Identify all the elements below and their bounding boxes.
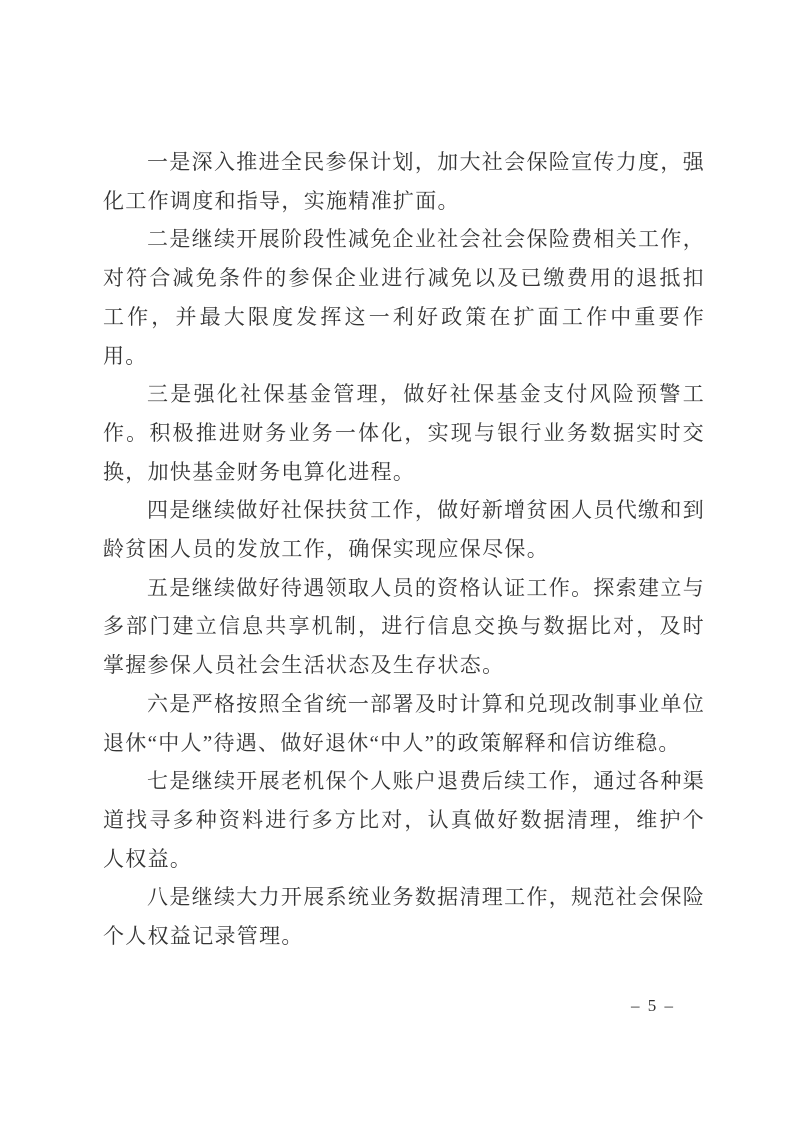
page-number: – 5 – [631,996,675,1016]
document-body-text: 一是深入推进全民参保计划，加大社会保险宣传力度，强化工作调度和指导，实施精准扩面… [103,143,705,956]
paragraph-7: 七是继续开展老机保个人账户退费后续工作，通过各种渠道找寻多种资料进行多方比对，认… [103,762,705,878]
document-page: 一是深入推进全民参保计划，加大社会保险宣传力度，强化工作调度和指导，实施精准扩面… [0,0,793,1122]
paragraph-3: 三是强化社保基金管理，做好社保基金支付风险预警工作。积极推进财务业务一体化，实现… [103,375,705,491]
paragraph-6: 六是严格按照全省统一部署及时计算和兑现改制事业单位退休“中人”待遇、做好退休“中… [103,685,705,762]
paragraph-8: 八是继续大力开展系统业务数据清理工作，规范社会保险个人权益记录管理。 [103,878,705,955]
paragraph-2: 二是继续开展阶段性减免企业社会社会保险费相关工作，对符合减免条件的参保企业进行减… [103,220,705,375]
paragraph-5: 五是继续做好待遇领取人员的资格认证工作。探索建立与多部门建立信息共享机制，进行信… [103,569,705,685]
paragraph-4: 四是继续做好社保扶贫工作，做好新增贫困人员代缴和到龄贫困人员的发放工作，确保实现… [103,491,705,568]
paragraph-1: 一是深入推进全民参保计划，加大社会保险宣传力度，强化工作调度和指导，实施精准扩面… [103,143,705,220]
